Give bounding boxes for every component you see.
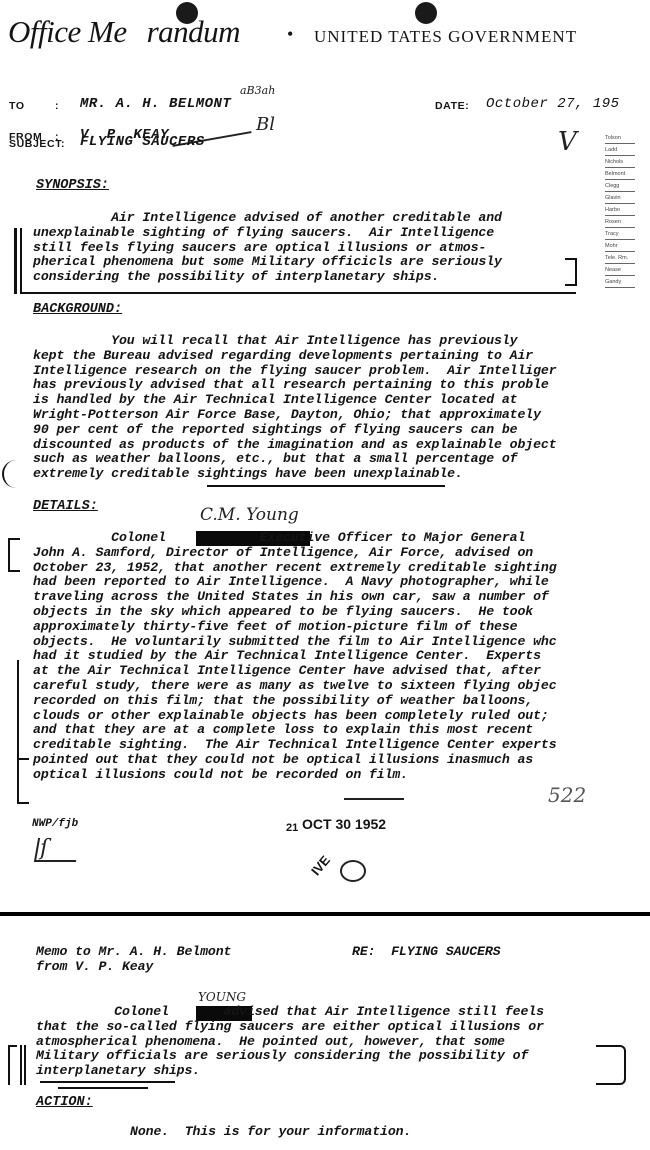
action-heading: ACTION:	[36, 1095, 93, 1110]
routing-entry: Mohr	[605, 240, 635, 252]
background-line: 90 per cent of the reported sightings of…	[33, 423, 557, 438]
details-line: optical illusions could not be recorded …	[33, 768, 557, 783]
memo-to-line: Memo to Mr. A. H. Belmont	[36, 945, 231, 960]
memo-title: Office Merandum	[8, 14, 240, 50]
routing-entry: Harbo	[605, 204, 635, 216]
page2-line: Military officials are seriously conside…	[36, 1049, 544, 1064]
details-line: objects. He voluntarily submitted the fi…	[33, 635, 557, 650]
routing-entry: Gandy	[605, 276, 635, 288]
page2-text: Colonel advised that Air Intelligence st…	[36, 1005, 544, 1079]
synopsis-line: still feels flying saucers are optical i…	[33, 241, 502, 256]
details-line: John A. Samford, Director of Intelligenc…	[33, 546, 557, 561]
details-line: pointed out that they could not be optic…	[33, 753, 557, 768]
routing-entry: Glavin	[605, 192, 635, 204]
checkmark-icon: V	[558, 127, 577, 157]
synopsis-line: pherical phenomena but some Military off…	[33, 255, 502, 270]
details-heading: DETAILS:	[33, 499, 98, 514]
underline-mark	[207, 485, 445, 487]
date-label: DATE:	[435, 100, 469, 112]
handwritten-name: YOUNG	[198, 990, 246, 1004]
page2-line: interplanetary ships.	[36, 1064, 544, 1079]
page2-line: Colonel advised that Air Intelligence st…	[36, 1005, 544, 1020]
seal-icon	[415, 2, 437, 24]
background-line: has previously advised that all research…	[33, 378, 557, 393]
background-line: kept the Bureau advised regarding develo…	[33, 349, 557, 364]
margin-bracket	[565, 258, 577, 286]
to-label: TO	[9, 100, 25, 112]
details-line: clouds or other explainable objects has …	[33, 709, 557, 724]
background-line: extremely creditable sightings have been…	[33, 467, 557, 482]
details-line: Colonel Executive Officer to Major Gener…	[33, 531, 557, 546]
routing-entry: Tracy	[605, 228, 635, 240]
stamp-line	[344, 798, 404, 800]
details-line: creditable sighting. The Air Technical I…	[33, 738, 557, 753]
details-line: approximately thirty-five feet of motion…	[33, 620, 557, 635]
title-separator: •	[287, 24, 293, 45]
page2-line: atmospherical phenomena. He pointed out,…	[36, 1035, 544, 1050]
synopsis-line: unexplainable sighting of flying saucers…	[33, 226, 502, 241]
details-line: objects in the sky which appeared to be …	[33, 605, 557, 620]
typist-initials: NWP/fjb	[32, 818, 78, 830]
synopsis-text: Air Intelligence advised of another cred…	[33, 211, 502, 285]
details-line: and that they are at a complete loss to …	[33, 723, 557, 738]
page2-line: that the so-called flying saucers are ei…	[36, 1020, 544, 1035]
background-line: such as weather balloons, etc., but that…	[33, 452, 557, 467]
handwritten-initials-to: aB3ah	[240, 84, 275, 97]
background-line: discounted as products of the imaginatio…	[33, 438, 557, 453]
background-line: Intelligence research on the flying sauc…	[33, 364, 557, 379]
margin-bracket	[20, 228, 22, 294]
date-value: October 27, 195	[486, 96, 620, 112]
handwritten-name: C.M. Young	[200, 505, 299, 525]
routing-entry: Nease	[605, 264, 635, 276]
to-colon: :	[55, 100, 59, 112]
synopsis-line: considering the possibility of interplan…	[33, 270, 502, 285]
received-stamp-date: OCT 30 1952	[302, 816, 386, 832]
memo-from-line: from V. P. Keay	[36, 960, 153, 975]
routing-entry: Tele. Rm.	[605, 252, 635, 264]
margin-bracket	[17, 758, 29, 804]
margin-line	[20, 1045, 22, 1085]
signature-scribble	[34, 838, 80, 862]
margin-paren	[2, 460, 18, 488]
margin-bracket	[596, 1045, 608, 1085]
margin-bracket	[8, 538, 20, 572]
page-divider	[0, 912, 650, 916]
routing-list: TolsonLaddNicholsBelmontCleggGlavinHarbo…	[605, 132, 635, 288]
routing-entry: Belmont	[605, 168, 635, 180]
details-text: Colonel Executive Officer to Major Gener…	[33, 531, 557, 783]
routing-entry: Rosen	[605, 216, 635, 228]
stamp-fragment: IVE	[308, 853, 333, 879]
synopsis-heading: SYNOPSIS:	[36, 178, 109, 193]
underline-mark	[58, 1087, 148, 1089]
routing-entry: Ladd	[605, 144, 635, 156]
to-value: MR. A. H. BELMONT	[80, 96, 231, 112]
details-line: had been reported to Air Intelligence. A…	[33, 575, 557, 590]
synopsis-underline	[20, 292, 576, 294]
routing-entry: Tolson	[605, 132, 635, 144]
background-line: is handled by the Air Technical Intellig…	[33, 393, 557, 408]
background-text: You will recall that Air Intelligence ha…	[33, 334, 557, 482]
file-number: 522	[548, 783, 586, 807]
action-text: None. This is for your information.	[130, 1125, 411, 1140]
synopsis-line: Air Intelligence advised of another cred…	[33, 211, 502, 226]
margin-bracket	[8, 1045, 17, 1085]
margin-bracket	[608, 1045, 626, 1085]
re-line: RE: FLYING SAUCERS	[352, 945, 500, 960]
routing-entry: Clegg	[605, 180, 635, 192]
background-line: Wright-Potterson Air Force Base, Dayton,…	[33, 408, 557, 423]
stamp-scribble	[340, 860, 366, 882]
details-line: at the Air Technical Intelligence Center…	[33, 664, 557, 679]
subject-value: FLYING SAUCERS	[80, 134, 205, 150]
routing-entry: Nichols	[605, 156, 635, 168]
details-line: recorded on this film; that the possibil…	[33, 694, 557, 709]
memo-title-part1: Office Me	[8, 14, 127, 49]
subject-label: SUBJECT:	[9, 138, 65, 150]
government-label: UNITED TATES GOVERNMENT	[314, 27, 577, 47]
background-heading: BACKGROUND:	[33, 302, 122, 317]
details-line: had it studied by the Air Technical Inte…	[33, 649, 557, 664]
handwritten-initials-from: Bl	[256, 114, 275, 135]
margin-line	[24, 1045, 26, 1085]
background-line: You will recall that Air Intelligence ha…	[33, 334, 557, 349]
underline-mark	[40, 1081, 175, 1083]
margin-bracket	[14, 228, 17, 294]
details-line: October 23, 1952, that another recent ex…	[33, 561, 557, 576]
stamp-number: 21	[286, 822, 298, 834]
details-line: traveling across the United States in hi…	[33, 590, 557, 605]
memo-title-part2: randum	[147, 14, 240, 49]
details-line: careful study, there were as many as twe…	[33, 679, 557, 694]
